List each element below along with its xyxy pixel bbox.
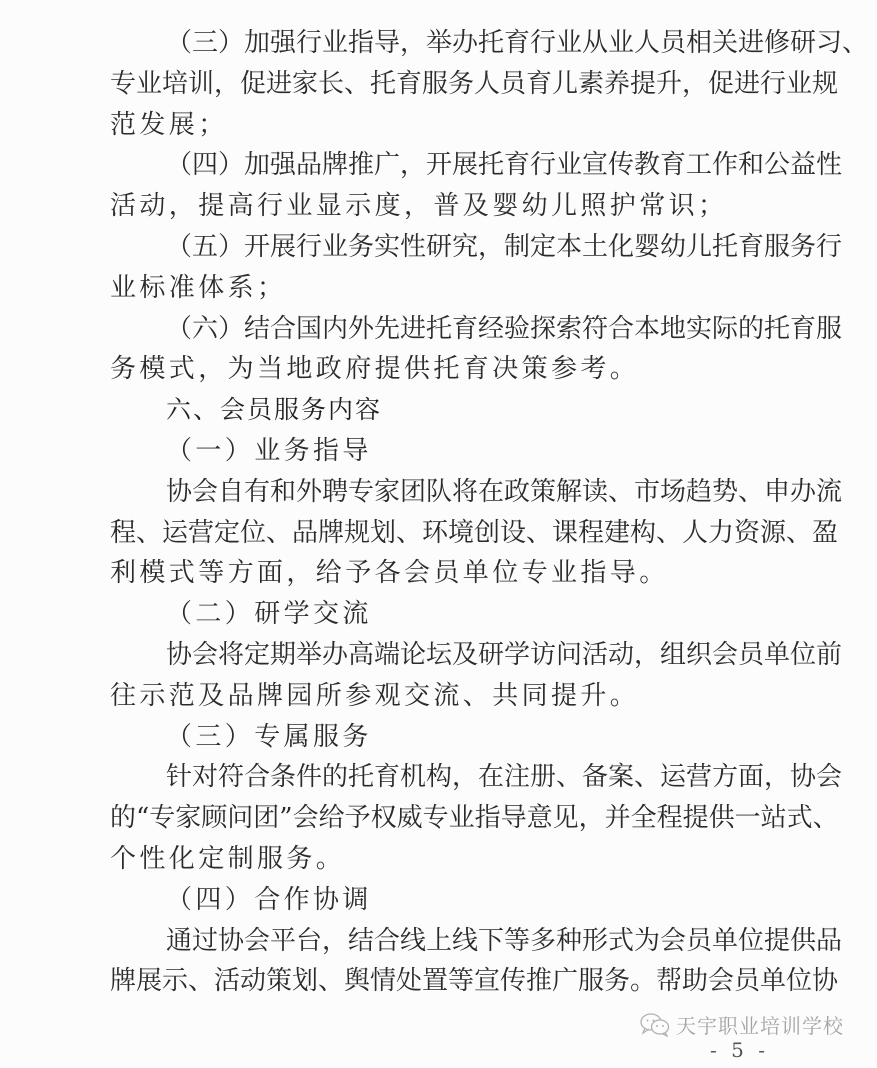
paragraph-line: 往示范及品牌园所参观交流、共同提升。 [110, 676, 774, 717]
paragraph-line: （一）业务指导 [110, 431, 774, 472]
wechat-icon [640, 1013, 670, 1037]
paragraph-line: 的“专家顾问团”会给予权威专业指导意见，并全程提供一站式、 [110, 798, 774, 839]
paragraph-line: 个性化定制服务。 [110, 839, 774, 880]
paragraph-line: （二）研学交流 [110, 594, 774, 635]
paragraph-line: 程、运营定位、品牌规划、环境创设、课程建构、人力资源、盈 [110, 513, 774, 554]
paragraph-line: （五）开展行业务实性研究，制定本土化婴幼儿托育服务行 [110, 227, 774, 268]
paragraph-line: 范发展； [110, 105, 774, 146]
section-heading: 六、会员服务内容 [110, 390, 774, 431]
paragraph-line: （六）结合国内外先进托育经验探索符合本地实际的托育服 [110, 309, 774, 350]
paragraph-line: （四）加强品牌推广，开展托育行业宣传教育工作和公益性 [110, 145, 774, 186]
document-page: （三）加强行业指导，举办托育行业从业人员相关进修研习、专业培训，促进家长、托育服… [0, 0, 877, 1068]
paragraph-line: 通过协会平台，结合线上线下等多种形式为会员单位提供品 [110, 921, 774, 962]
paragraph-line: 协会将定期举办高端论坛及研学访问活动，组织会员单位前 [110, 635, 774, 676]
page-footer: 天宇职业培训学校 - 5 - [640, 1010, 870, 1068]
paragraph-line: 活动，提高行业显示度，普及婴幼儿照护常识； [110, 186, 774, 227]
paragraph-line: （三）专属服务 [110, 717, 774, 758]
watermark: 天宇职业培训学校 [640, 1010, 870, 1039]
paragraph-line: 务模式，为当地政府提供托育决策参考。 [110, 349, 774, 390]
paragraph-line: （四）合作协调 [110, 880, 774, 921]
paragraph-line: 利模式等方面，给予各会员单位专业指导。 [110, 553, 774, 594]
paragraph-line: 协会自有和外聘专家团队将在政策解读、市场趋势、申办流 [110, 472, 774, 513]
paragraph-line: （三）加强行业指导，举办托育行业从业人员相关进修研习、 [110, 23, 774, 64]
page-number: - 5 - [710, 1038, 769, 1062]
watermark-text: 天宇职业培训学校 [676, 1010, 844, 1039]
paragraph-line: 专业培训，促进家长、托育服务人员育儿素养提升，促进行业规 [110, 64, 774, 105]
document-body: （三）加强行业指导，举办托育行业从业人员相关进修研习、专业培训，促进家长、托育服… [110, 23, 774, 1002]
paragraph-line: 针对符合条件的托育机构，在注册、备案、运营方面，协会 [110, 757, 774, 798]
paragraph-line: 牌展示、活动策划、舆情处置等宣传推广服务。帮助会员单位协 [110, 961, 774, 1002]
paragraph-line: 业标准体系； [110, 268, 774, 309]
